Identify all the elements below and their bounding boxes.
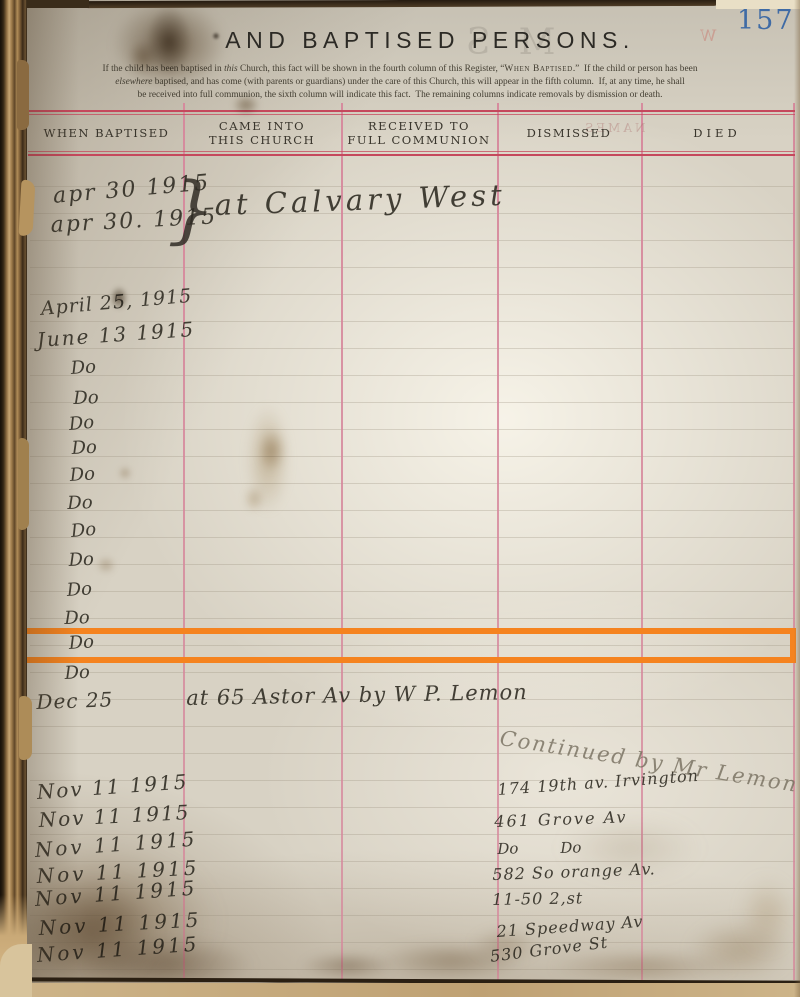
ruled-lines [30,160,795,978]
column-header-died: DIED [641,116,793,150]
handwritten-entry: Do [560,838,582,857]
header-label: DIED [693,126,740,140]
instructions-paragraph: If the child has been baptised in this C… [40,63,760,101]
column-divider-4 [641,103,643,980]
page-top-left-edge [27,0,89,8]
handwritten-entry: 11-50 2,st [492,888,583,909]
header-label: FULL COMMUNION [347,133,490,147]
header-label: THIS CHURCH [209,133,315,147]
page-right-edge [794,0,800,997]
column-divider-2 [341,103,343,980]
column-header-dismissed: DISMISSED [497,116,641,150]
page-title: AND BAPTISED PERSONS. [110,27,750,54]
header-top-rule-outer [28,110,795,112]
header-label: CAME INTO [219,119,305,133]
instructions-line-3: be received into full communion, the six… [40,89,760,102]
page-bottom-band [0,983,800,997]
header-bottom-rule-outer [28,154,795,156]
register-page-scan: WHEN BAPTISED CAME INTO THIS CHURCH RECE… [0,0,800,997]
page-number: 157 [737,5,795,36]
spine-shadow [27,0,79,997]
spine-tatter-2 [18,438,29,530]
header-label: RECEIVED TO [368,119,470,133]
instructions-line-2: elsewhere baptised, and has come (with p… [40,76,760,89]
column-header-came-into-this-church: CAME INTO THIS CHURCH [183,116,341,150]
handwritten-entry: } [167,166,217,254]
header-top-rule-inner [28,114,795,115]
page-top-edge [84,0,718,8]
column-header-received-to-full-communion: RECEIVED TO FULL COMMUNION [341,116,497,150]
header-label: DISMISSED [527,126,612,140]
page-bottom-left-corner [0,944,32,997]
spine-tatter-3 [19,696,32,760]
handwritten-entry: Do [497,839,519,858]
highlight-box [20,628,796,663]
page-top-right-corner [716,0,800,9]
instructions-line-1: If the child has been baptised in this C… [40,63,760,76]
header-bottom-rule-inner [28,151,795,152]
spine-tatter-4 [17,60,29,130]
